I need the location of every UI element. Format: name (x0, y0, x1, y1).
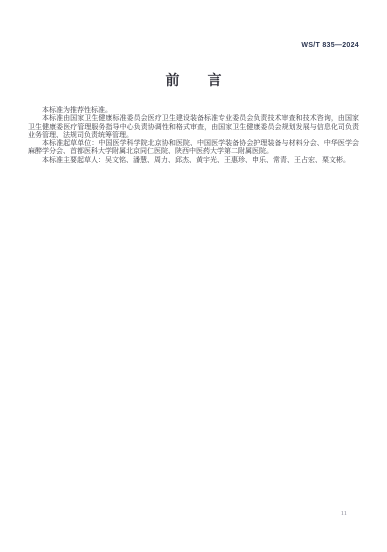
paragraph-drafting-organizations: 本标准起草单位：中国医学科学院北京协和医院、中国医学装备协会护理装备与材料分会、… (28, 139, 359, 156)
document-page: WS/T 835—2024 前 言 本标准为推荐性标准。 本标准由国家卫生健康标… (0, 0, 387, 552)
standard-number-header: WS/T 835—2024 (301, 42, 359, 49)
foreword-body: 本标准为推荐性标准。 本标准由国家卫生健康标准委员会医疗卫生建设装备标准专业委员… (28, 106, 359, 164)
paragraph-main-drafters: 本标准主要起草人：吴文铭、潘慧、周力、邱杰、黄宇光、王惠珍、申乐、常青、王占宏、… (28, 156, 359, 164)
foreword-title: 前 言 (0, 70, 387, 90)
page-number: 11 (341, 510, 347, 517)
paragraph-responsible-committees: 本标准由国家卫生健康标准委员会医疗卫生建设装备标准专业委员会负责技术审查和技术咨… (28, 114, 359, 139)
